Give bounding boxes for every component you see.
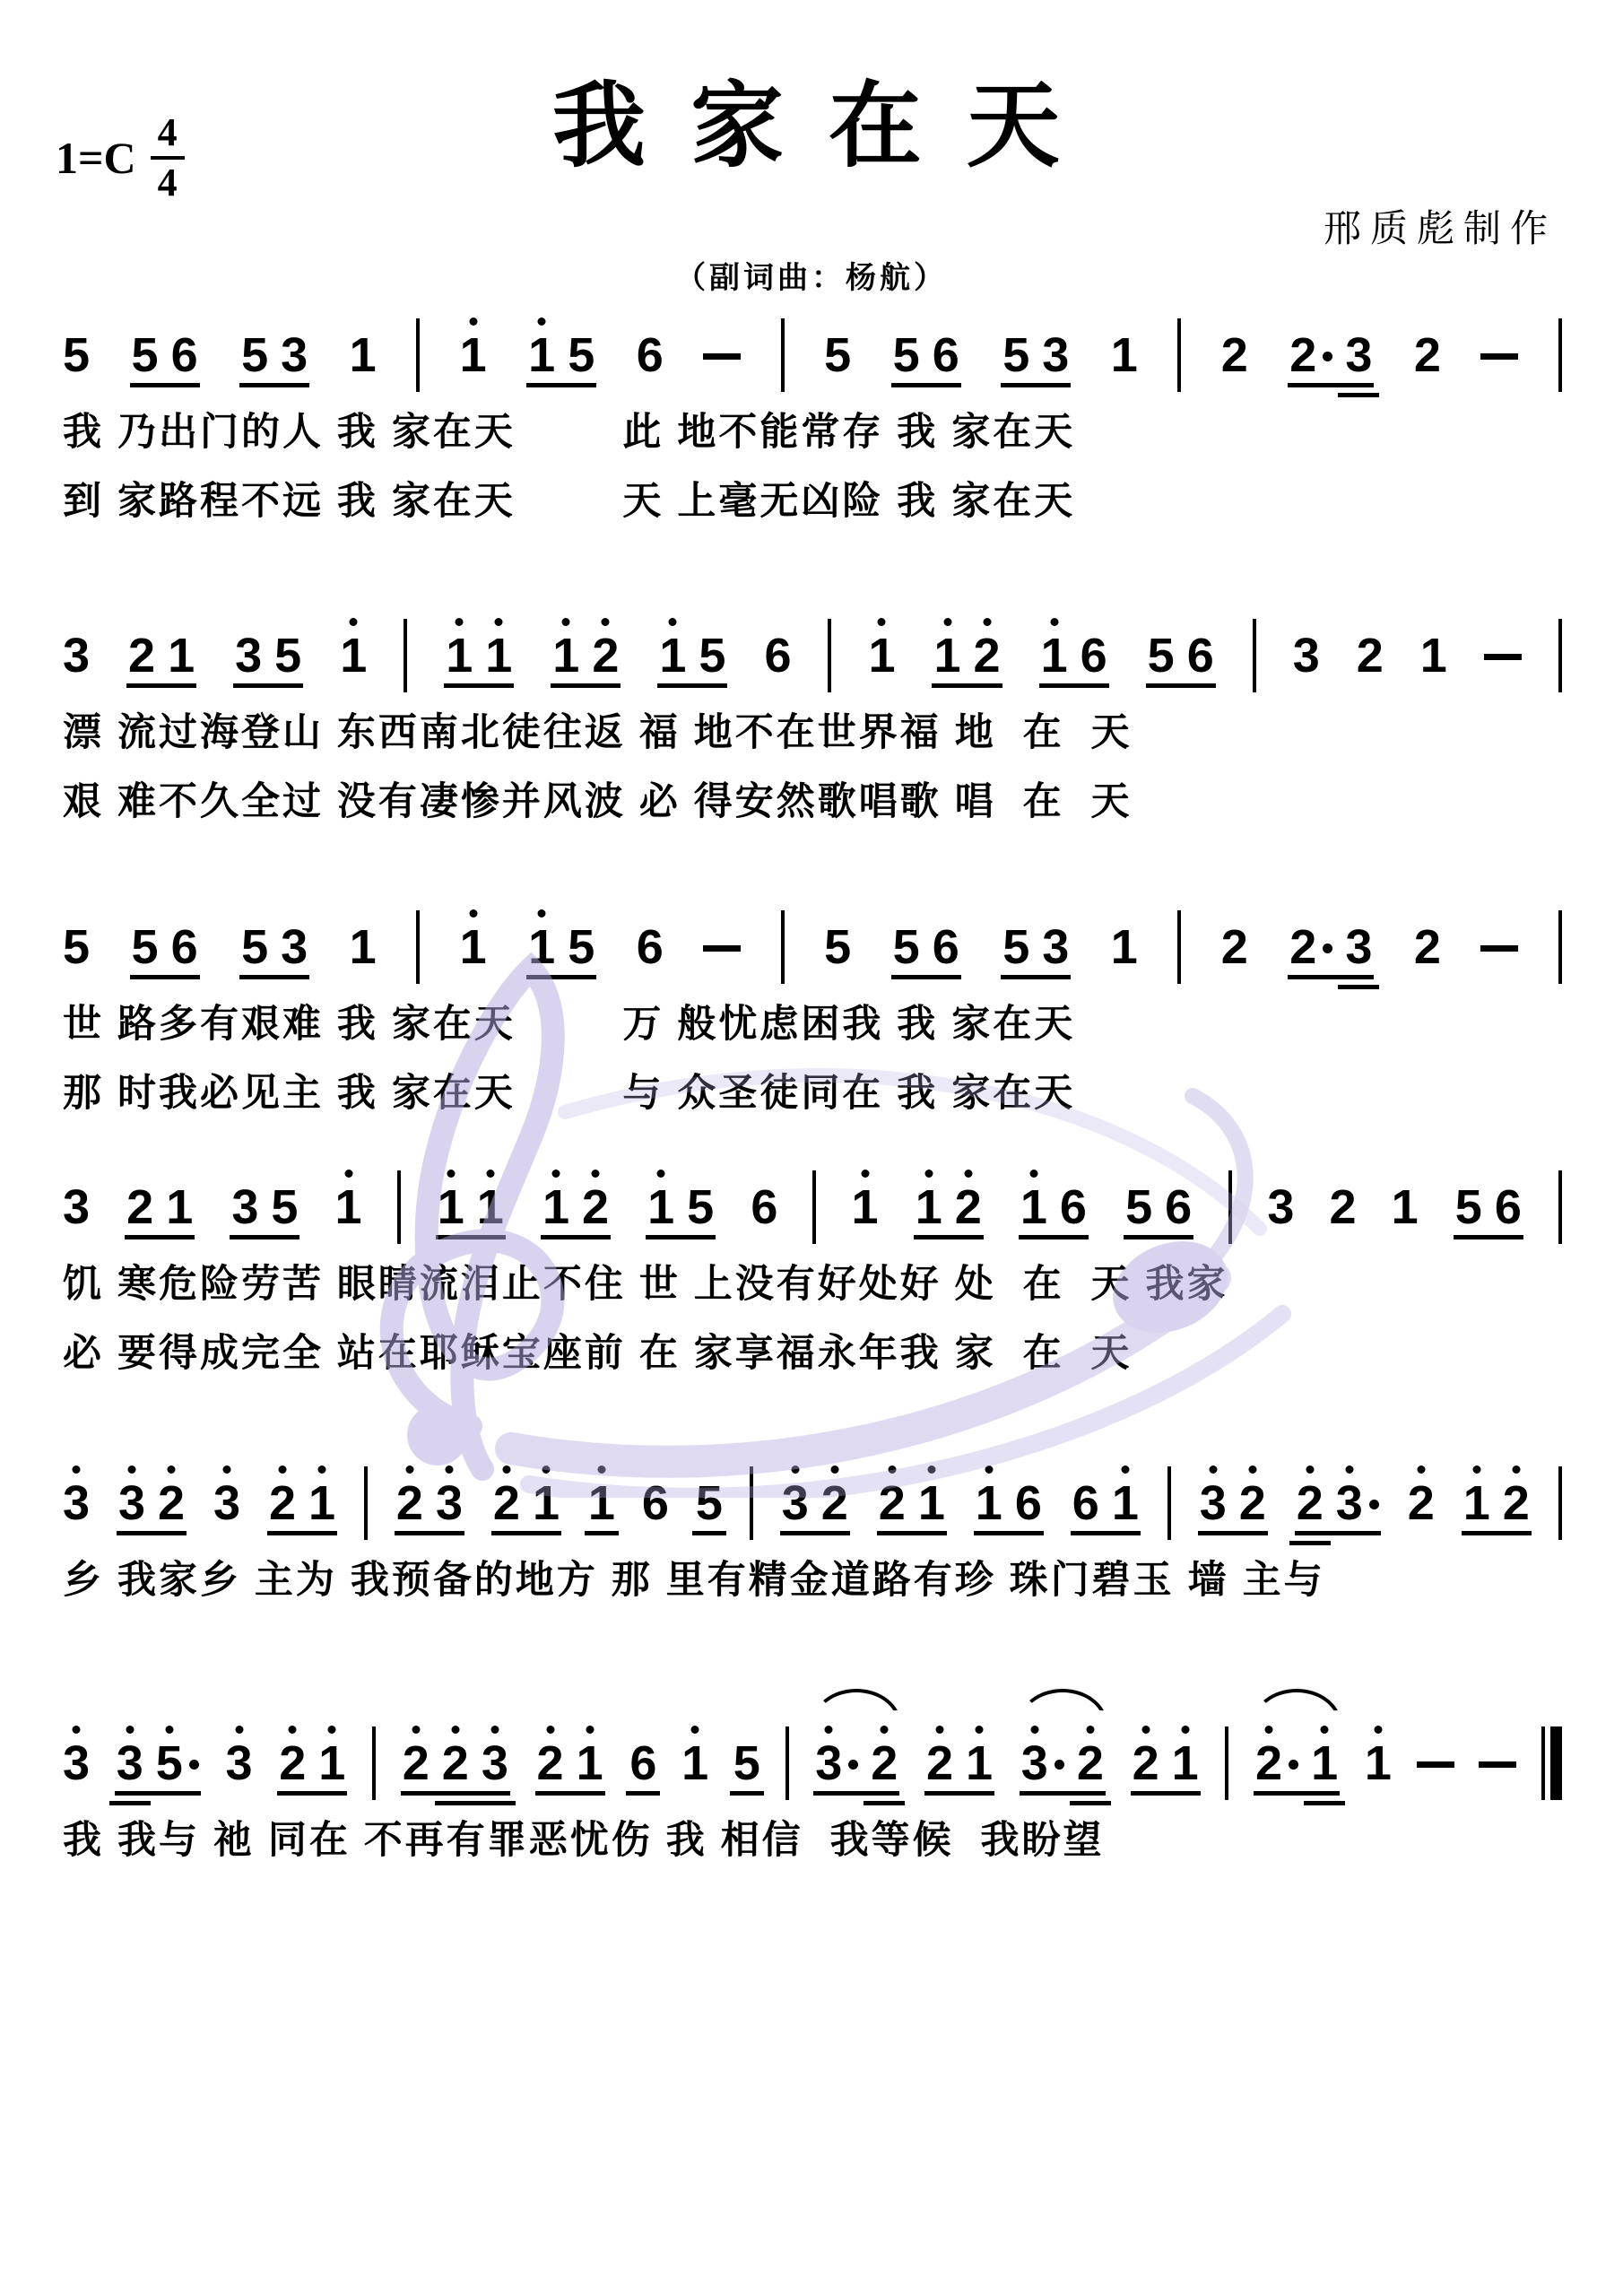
note: 1 bbox=[1111, 331, 1138, 379]
note: 2 bbox=[396, 1479, 423, 1527]
note: 2 bbox=[821, 1479, 848, 1527]
note: 1 bbox=[168, 631, 195, 680]
note-digit: 1 bbox=[1111, 923, 1138, 971]
note: 1 bbox=[588, 1479, 615, 1527]
beam-group: 56 bbox=[130, 923, 200, 971]
note: 5 bbox=[893, 923, 920, 971]
note-digit: 3 bbox=[118, 1479, 145, 1527]
note-digit: 3 bbox=[1267, 1183, 1294, 1231]
note: 3 bbox=[226, 1739, 253, 1787]
note: 1 bbox=[318, 1739, 345, 1787]
note-digit: 5 bbox=[568, 923, 595, 971]
note-digit: 6 bbox=[1060, 1183, 1087, 1231]
note-digit: 2 bbox=[1221, 331, 1248, 379]
key-label: 1=C bbox=[56, 132, 136, 184]
beam-group: 15 bbox=[526, 331, 596, 379]
note: 6 bbox=[637, 331, 664, 379]
note: 5 bbox=[132, 331, 159, 379]
barline bbox=[404, 619, 407, 692]
note-digit: 2 bbox=[1297, 1479, 1324, 1527]
note: 1 bbox=[485, 631, 512, 680]
note-digit: 2 bbox=[1255, 1739, 1282, 1787]
note: 3 bbox=[1200, 1479, 1227, 1527]
note-digit: 3 bbox=[1200, 1479, 1227, 1527]
note: 5 bbox=[696, 1479, 723, 1527]
note: 1 bbox=[1112, 1479, 1139, 1527]
note: 5 bbox=[893, 331, 920, 379]
time-signature: 4 4 bbox=[151, 113, 185, 203]
note-digit: 1 bbox=[681, 1739, 708, 1787]
score-line: 32135111121561121656321漂 流过海登山 东西南北徒往返 福… bbox=[63, 619, 1562, 824]
final-barline-thick bbox=[1550, 1726, 1562, 1800]
note: 3 bbox=[1267, 1183, 1294, 1231]
note-digit: 2 bbox=[1289, 923, 1316, 971]
note-digit: 6 bbox=[933, 923, 959, 971]
note: 1 bbox=[1365, 1739, 1392, 1787]
note: 3 bbox=[782, 1479, 809, 1527]
note-digit: 2 bbox=[1408, 1479, 1435, 1527]
note-digit: 2 bbox=[582, 1183, 609, 1231]
note: 1 bbox=[577, 1739, 603, 1787]
lyric-line: 漂 流过海登山 东西南北徒往返 福 地不在世界福 地 在 天 bbox=[63, 712, 1562, 754]
note: 1 bbox=[335, 1183, 362, 1231]
note: 1 bbox=[916, 1183, 942, 1231]
note: 2 bbox=[1408, 1479, 1435, 1527]
note: 2 bbox=[269, 1479, 296, 1527]
note: 6 bbox=[1060, 1183, 1087, 1231]
barline bbox=[1558, 910, 1562, 984]
note-digit: 3 bbox=[117, 1739, 143, 1787]
note-digit: 3 bbox=[1042, 331, 1069, 379]
note-digit: 6 bbox=[933, 331, 959, 379]
note-digit: 2 bbox=[592, 631, 619, 680]
note-digit: 1 bbox=[168, 631, 195, 680]
duration-dot bbox=[1323, 352, 1332, 361]
note-digit: 1 bbox=[852, 1183, 879, 1231]
note: 2 bbox=[1414, 331, 1441, 379]
arranger-credit: 邢质彪制作 bbox=[1324, 199, 1557, 253]
score-line: 3213511112156112165632156饥 寒危险劳苦 眼睛流泪止不住… bbox=[63, 1170, 1562, 1376]
note: 1 bbox=[528, 331, 555, 379]
barline bbox=[1253, 619, 1256, 692]
barline bbox=[781, 910, 785, 984]
note: 6 bbox=[933, 331, 959, 379]
lyrics-block: 漂 流过海登山 东西南北徒往返 福 地不在世界福 地 在 天艰 难不久全过 没有… bbox=[63, 712, 1562, 824]
score-line: 55653111565565312232我 乃出门的人 我 家在天 此 地不能常… bbox=[63, 318, 1562, 524]
note-digit: 1 bbox=[918, 1479, 945, 1527]
note: 2 bbox=[126, 1183, 153, 1231]
note-digit: 2 bbox=[1357, 631, 1384, 680]
note: 1 bbox=[446, 631, 473, 680]
lyrics-block: 饥 寒危险劳苦 眼睛流泪止不住 世 上没有好处好 处 在 天 我家必 要得成完全… bbox=[63, 1264, 1562, 1376]
note: 1 bbox=[659, 631, 686, 680]
note: 3 bbox=[1345, 331, 1372, 379]
note: 2 bbox=[1221, 331, 1248, 379]
note: 1 bbox=[1311, 1739, 1338, 1787]
note: 5 bbox=[271, 1183, 298, 1231]
note-digit: 1 bbox=[446, 631, 473, 680]
note-digit: 1 bbox=[933, 631, 960, 680]
notation-row: 3213511112156112165632156 bbox=[63, 1170, 1562, 1231]
note-digit: 1 bbox=[1311, 1739, 1338, 1787]
beam-group: 32 bbox=[117, 1479, 187, 1527]
note: 3 bbox=[1021, 1739, 1064, 1787]
duration-dash bbox=[1480, 945, 1518, 952]
note-digit: 5 bbox=[733, 1739, 760, 1787]
note: 5 bbox=[63, 923, 90, 971]
note-digit: 5 bbox=[824, 923, 851, 971]
beam-group-slur: 32 bbox=[813, 1739, 899, 1787]
sheet-music-page: 我 家 在 天 1=C 4 4 邢质彪制作 （副词曲：杨航） 556531115… bbox=[0, 0, 1623, 2296]
note: 5 bbox=[568, 923, 595, 971]
duration-dot bbox=[1055, 1760, 1064, 1770]
beam-group: 12 bbox=[1462, 1479, 1532, 1527]
note-digit: 2 bbox=[158, 1479, 185, 1527]
note: 1 bbox=[308, 1479, 335, 1527]
note: 2 bbox=[974, 631, 1001, 680]
note-digit: 2 bbox=[1077, 1739, 1104, 1787]
note: 5 bbox=[1002, 331, 1029, 379]
note-digit: 2 bbox=[955, 1183, 982, 1231]
beam-group: 56 bbox=[891, 331, 961, 379]
final-barline bbox=[1541, 1726, 1562, 1800]
barline bbox=[1558, 619, 1562, 692]
note-digit: 1 bbox=[868, 631, 895, 680]
beam-group: 53 bbox=[1001, 331, 1071, 379]
lyric-line: 艰 难不久全过 没有凄惨并风波 必 得安然歌唱歌 唱 在 天 bbox=[63, 781, 1562, 823]
note: 5 bbox=[274, 631, 301, 680]
time-signature-top: 4 bbox=[158, 113, 178, 152]
note: 6 bbox=[1072, 1479, 1099, 1527]
note-digit: 1 bbox=[1020, 1183, 1047, 1231]
beam-group: 15 bbox=[646, 1183, 716, 1231]
barline bbox=[1558, 318, 1562, 392]
note: 1 bbox=[1420, 631, 1447, 680]
lyrics-block: 我 我与 祂 同在 不再有罪恶忧伤 我 相信 我等候 我盼望 bbox=[63, 1820, 1562, 1862]
note-digit: 2 bbox=[128, 631, 155, 680]
beam-group: 53 bbox=[239, 923, 309, 971]
note: 5 bbox=[1002, 923, 1029, 971]
note: 2 bbox=[128, 631, 155, 680]
note: 2 bbox=[1077, 1739, 1104, 1787]
note: 6 bbox=[171, 923, 198, 971]
note-digit: 1 bbox=[1041, 631, 1068, 680]
note-digit: 2 bbox=[821, 1479, 848, 1527]
note-digit: 5 bbox=[132, 331, 159, 379]
beam-group: 23 bbox=[395, 1479, 464, 1527]
note-digit: 1 bbox=[350, 331, 377, 379]
note-digit: 5 bbox=[63, 331, 90, 379]
note: 3 bbox=[1345, 923, 1372, 971]
note-digit: 5 bbox=[63, 923, 90, 971]
notation-row: 3353212232161532213221211 bbox=[63, 1726, 1562, 1787]
duration-dash bbox=[1484, 654, 1522, 660]
note: 3 bbox=[231, 1183, 258, 1231]
note: 3 bbox=[1042, 923, 1069, 971]
note: 6 bbox=[642, 1479, 669, 1527]
note-digit: 3 bbox=[63, 631, 90, 680]
note: 5 bbox=[241, 331, 268, 379]
beam-group: 23 bbox=[1288, 331, 1374, 379]
note-digit: 2 bbox=[1329, 1183, 1356, 1231]
note-digit: 5 bbox=[274, 631, 301, 680]
note-digit: 1 bbox=[350, 923, 377, 971]
note: 2 bbox=[1503, 1479, 1530, 1527]
note-digit: 3 bbox=[213, 1479, 240, 1527]
note: 1 bbox=[647, 1183, 674, 1231]
duration-dash bbox=[703, 945, 741, 952]
note-digit: 1 bbox=[166, 1183, 193, 1231]
barline bbox=[416, 318, 420, 392]
lyric-line: 到 家路程不远 我 家在天 天 上毫无凶险 我 家在天 bbox=[63, 481, 1562, 523]
duration-dot bbox=[1369, 1500, 1379, 1509]
note: 1 bbox=[350, 331, 377, 379]
beam-group-slur: 21 bbox=[1254, 1739, 1340, 1787]
note-digit: 2 bbox=[269, 1479, 296, 1527]
note-digit: 1 bbox=[542, 1183, 569, 1231]
note-digit: 1 bbox=[976, 1479, 1002, 1527]
beam-group: 32 bbox=[780, 1479, 850, 1527]
duration-dot bbox=[848, 1760, 858, 1770]
beam-group: 35 bbox=[233, 631, 303, 680]
note: 3 bbox=[63, 631, 90, 680]
note-digit: 3 bbox=[1042, 923, 1069, 971]
beam-group: 16 bbox=[1039, 631, 1109, 680]
key-signature: 1=C 4 4 bbox=[56, 113, 185, 203]
note-digit: 5 bbox=[1148, 631, 1175, 680]
note-digit: 6 bbox=[642, 1479, 669, 1527]
note: 6 bbox=[171, 331, 198, 379]
note-digit: 2 bbox=[1133, 1739, 1159, 1787]
score-line: 3323212321165322116613223212乡 我家乡 主为 我预备… bbox=[63, 1466, 1562, 1602]
duration-dash bbox=[1480, 353, 1518, 360]
beam-group: 223 bbox=[401, 1739, 510, 1787]
note-digit: 1 bbox=[528, 331, 555, 379]
beam-group: 15 bbox=[526, 923, 596, 971]
note: 2 bbox=[1255, 1739, 1298, 1787]
note: 2 bbox=[1357, 631, 1384, 680]
note: 2 bbox=[1221, 923, 1248, 971]
beam-group-slur: 32 bbox=[1020, 1739, 1106, 1787]
note-digit: 2 bbox=[1414, 331, 1441, 379]
beam-group: 21 bbox=[126, 631, 196, 680]
barline bbox=[1558, 1466, 1562, 1540]
duration-dot bbox=[189, 1760, 199, 1770]
note: 2 bbox=[537, 1739, 564, 1787]
note-digit: 5 bbox=[696, 1479, 723, 1527]
final-barline-thin bbox=[1541, 1726, 1545, 1800]
note-digit: 6 bbox=[629, 1739, 656, 1787]
time-signature-bottom: 4 bbox=[158, 163, 178, 203]
note-digit: 6 bbox=[1072, 1479, 1099, 1527]
note-digit: 1 bbox=[916, 1183, 942, 1231]
beam-group: 56 bbox=[891, 923, 961, 971]
note-digit: 3 bbox=[281, 331, 308, 379]
note-digit: 5 bbox=[1455, 1183, 1482, 1231]
note: 1 bbox=[1020, 1183, 1047, 1231]
note: 6 bbox=[637, 923, 664, 971]
note: 5 bbox=[568, 331, 595, 379]
note-digit: 1 bbox=[588, 1479, 615, 1527]
note-digit: 5 bbox=[893, 331, 920, 379]
note-digit: 1 bbox=[528, 923, 555, 971]
note: 5 bbox=[824, 923, 851, 971]
note-digit: 1 bbox=[1463, 1479, 1490, 1527]
beam-group: 23 bbox=[1295, 1479, 1381, 1527]
note: 2 bbox=[871, 1739, 898, 1787]
note: 2 bbox=[955, 1183, 982, 1231]
note: 2 bbox=[442, 1739, 469, 1787]
beam-group: 21 bbox=[535, 1739, 605, 1787]
beam-group: 21 bbox=[277, 1739, 347, 1787]
note: 6 bbox=[1015, 1479, 1042, 1527]
note-digit: 1 bbox=[477, 1183, 504, 1231]
beam-group: 35 bbox=[230, 1183, 299, 1231]
barline bbox=[1177, 910, 1181, 984]
barline bbox=[1225, 1726, 1228, 1800]
barline bbox=[828, 619, 831, 692]
note-digit: 5 bbox=[1002, 331, 1029, 379]
note-digit: 3 bbox=[63, 1479, 90, 1527]
note-digit: 1 bbox=[966, 1739, 993, 1787]
note: 2 bbox=[493, 1479, 520, 1527]
note: 3 bbox=[281, 331, 308, 379]
beam-group: 11 bbox=[444, 631, 514, 680]
note: 3 bbox=[235, 631, 262, 680]
note: 5 bbox=[156, 1739, 199, 1787]
note-digit: 2 bbox=[1289, 331, 1316, 379]
note: 5 bbox=[687, 1183, 714, 1231]
note-digit: 2 bbox=[871, 1739, 898, 1787]
note: 2 bbox=[926, 1739, 953, 1787]
note-digit: 6 bbox=[1495, 1183, 1522, 1231]
note-digit: 3 bbox=[231, 1183, 258, 1231]
note: 3 bbox=[117, 1739, 143, 1787]
note-digit: 6 bbox=[751, 1183, 777, 1231]
lyric-line: 必 要得成完全 站在耶稣宝座前 在 家享福永年我 家 在 天 bbox=[63, 1333, 1562, 1375]
beam-group: 21 bbox=[1131, 1739, 1201, 1787]
note: 1 bbox=[933, 631, 960, 680]
note-digit: 1 bbox=[552, 631, 579, 680]
duration-dash bbox=[1479, 1761, 1516, 1768]
note-digit: 6 bbox=[171, 331, 198, 379]
beam-group: 56 bbox=[1454, 1183, 1523, 1231]
note: 1 bbox=[1041, 631, 1068, 680]
note-digit: 1 bbox=[1172, 1739, 1199, 1787]
note: 1 bbox=[533, 1479, 560, 1527]
note: 6 bbox=[1495, 1183, 1522, 1231]
barline bbox=[364, 1466, 368, 1540]
note: 5 bbox=[132, 923, 159, 971]
note: 3 bbox=[815, 1739, 858, 1787]
lyrics-block: 乡 我家乡 主为 我预备的地方 那 里有精金道路有珍 珠门碧玉 墙 主与 bbox=[63, 1560, 1562, 1602]
note: 1 bbox=[966, 1739, 993, 1787]
beam-group: 56 bbox=[130, 331, 200, 379]
duration-dot bbox=[1289, 1760, 1298, 1770]
note-digit: 3 bbox=[1345, 923, 1372, 971]
note: 3 bbox=[482, 1739, 508, 1787]
lyric-line: 世 路多有艰难 我 家在天 万 般忧虑困我 我 家在天 bbox=[63, 1004, 1562, 1046]
note-digit: 6 bbox=[1015, 1479, 1042, 1527]
note: 3 bbox=[63, 1479, 90, 1527]
note: 6 bbox=[1187, 631, 1214, 680]
note: 6 bbox=[751, 1183, 777, 1231]
note: 5 bbox=[824, 331, 851, 379]
lyrics-block: 我 乃出门的人 我 家在天 此 地不能常存 我 家在天到 家路程不远 我 家在天… bbox=[63, 412, 1562, 524]
note-digit: 3 bbox=[436, 1479, 463, 1527]
beam-group: 15 bbox=[657, 631, 727, 680]
note: 1 bbox=[852, 1183, 879, 1231]
note-digit: 3 bbox=[815, 1739, 842, 1787]
note-digit: 5 bbox=[241, 923, 268, 971]
lyrics-block: 世 路多有艰难 我 家在天 万 般忧虑困我 我 家在天那 时我必见主 我 家在天… bbox=[63, 1004, 1562, 1116]
note: 1 bbox=[1463, 1479, 1490, 1527]
barline bbox=[750, 1466, 753, 1540]
note-digit: 2 bbox=[403, 1739, 430, 1787]
note-digit: 5 bbox=[241, 331, 268, 379]
note-digit: 1 bbox=[335, 1183, 362, 1231]
beam-group: 56 bbox=[1146, 631, 1216, 680]
note: 1 bbox=[477, 1183, 504, 1231]
note-digit: 2 bbox=[1414, 923, 1441, 971]
beam-group: 21 bbox=[924, 1739, 994, 1787]
note: 1 bbox=[868, 631, 895, 680]
beam-group: 21 bbox=[491, 1479, 561, 1527]
lyric-line: 饥 寒危险劳苦 眼睛流泪止不住 世 上没有好处好 处 在 天 我家 bbox=[63, 1264, 1562, 1306]
note-digit: 1 bbox=[647, 1183, 674, 1231]
note-digit: 3 bbox=[1021, 1739, 1048, 1787]
note: 1 bbox=[1172, 1739, 1199, 1787]
lyric-line: 乡 我家乡 主为 我预备的地方 那 里有精金道路有珍 珠门碧玉 墙 主与 bbox=[63, 1560, 1562, 1602]
note: 3 bbox=[1336, 1479, 1379, 1527]
barline bbox=[1558, 1170, 1562, 1244]
note-digit: 2 bbox=[279, 1739, 306, 1787]
note: 3 bbox=[213, 1479, 240, 1527]
note-digit: 2 bbox=[126, 1183, 153, 1231]
note-digit: 1 bbox=[318, 1739, 345, 1787]
note: 1 bbox=[681, 1739, 708, 1787]
note-digit: 6 bbox=[1187, 631, 1214, 680]
note: 3 bbox=[436, 1479, 463, 1527]
note-digit: 1 bbox=[1365, 1739, 1392, 1787]
note-digit: 1 bbox=[577, 1739, 603, 1787]
note: 1 bbox=[528, 923, 555, 971]
note: 3 bbox=[281, 923, 308, 971]
note: 1 bbox=[340, 631, 367, 680]
beam-group: 12 bbox=[914, 1183, 984, 1231]
note-digit: 3 bbox=[63, 1183, 90, 1231]
note-digit: 3 bbox=[1345, 331, 1372, 379]
note-digit: 2 bbox=[537, 1739, 564, 1787]
note-digit: 6 bbox=[1165, 1183, 1192, 1231]
note-digit: 1 bbox=[1111, 331, 1138, 379]
beam-group: 53 bbox=[1001, 923, 1071, 971]
note-digit: 2 bbox=[1221, 923, 1248, 971]
note-digit: 5 bbox=[568, 331, 595, 379]
notation-row: 3323212321165322116613223212 bbox=[63, 1466, 1562, 1527]
note-digit: 5 bbox=[132, 923, 159, 971]
note-digit: 5 bbox=[156, 1739, 183, 1787]
lyric-line: 我 乃出门的人 我 家在天 此 地不能常存 我 家在天 bbox=[63, 412, 1562, 454]
lyric-line: 我 我与 祂 同在 不再有罪恶忧伤 我 相信 我等候 我盼望 bbox=[63, 1820, 1562, 1862]
note: 2 bbox=[1133, 1739, 1159, 1787]
beam-group: 21 bbox=[877, 1479, 947, 1527]
note: 1 bbox=[1392, 1183, 1419, 1231]
note: 1 bbox=[542, 1183, 569, 1231]
beam-group: 35 bbox=[115, 1739, 201, 1787]
note-digit: 3 bbox=[63, 1739, 90, 1787]
note-digit: 3 bbox=[482, 1739, 508, 1787]
